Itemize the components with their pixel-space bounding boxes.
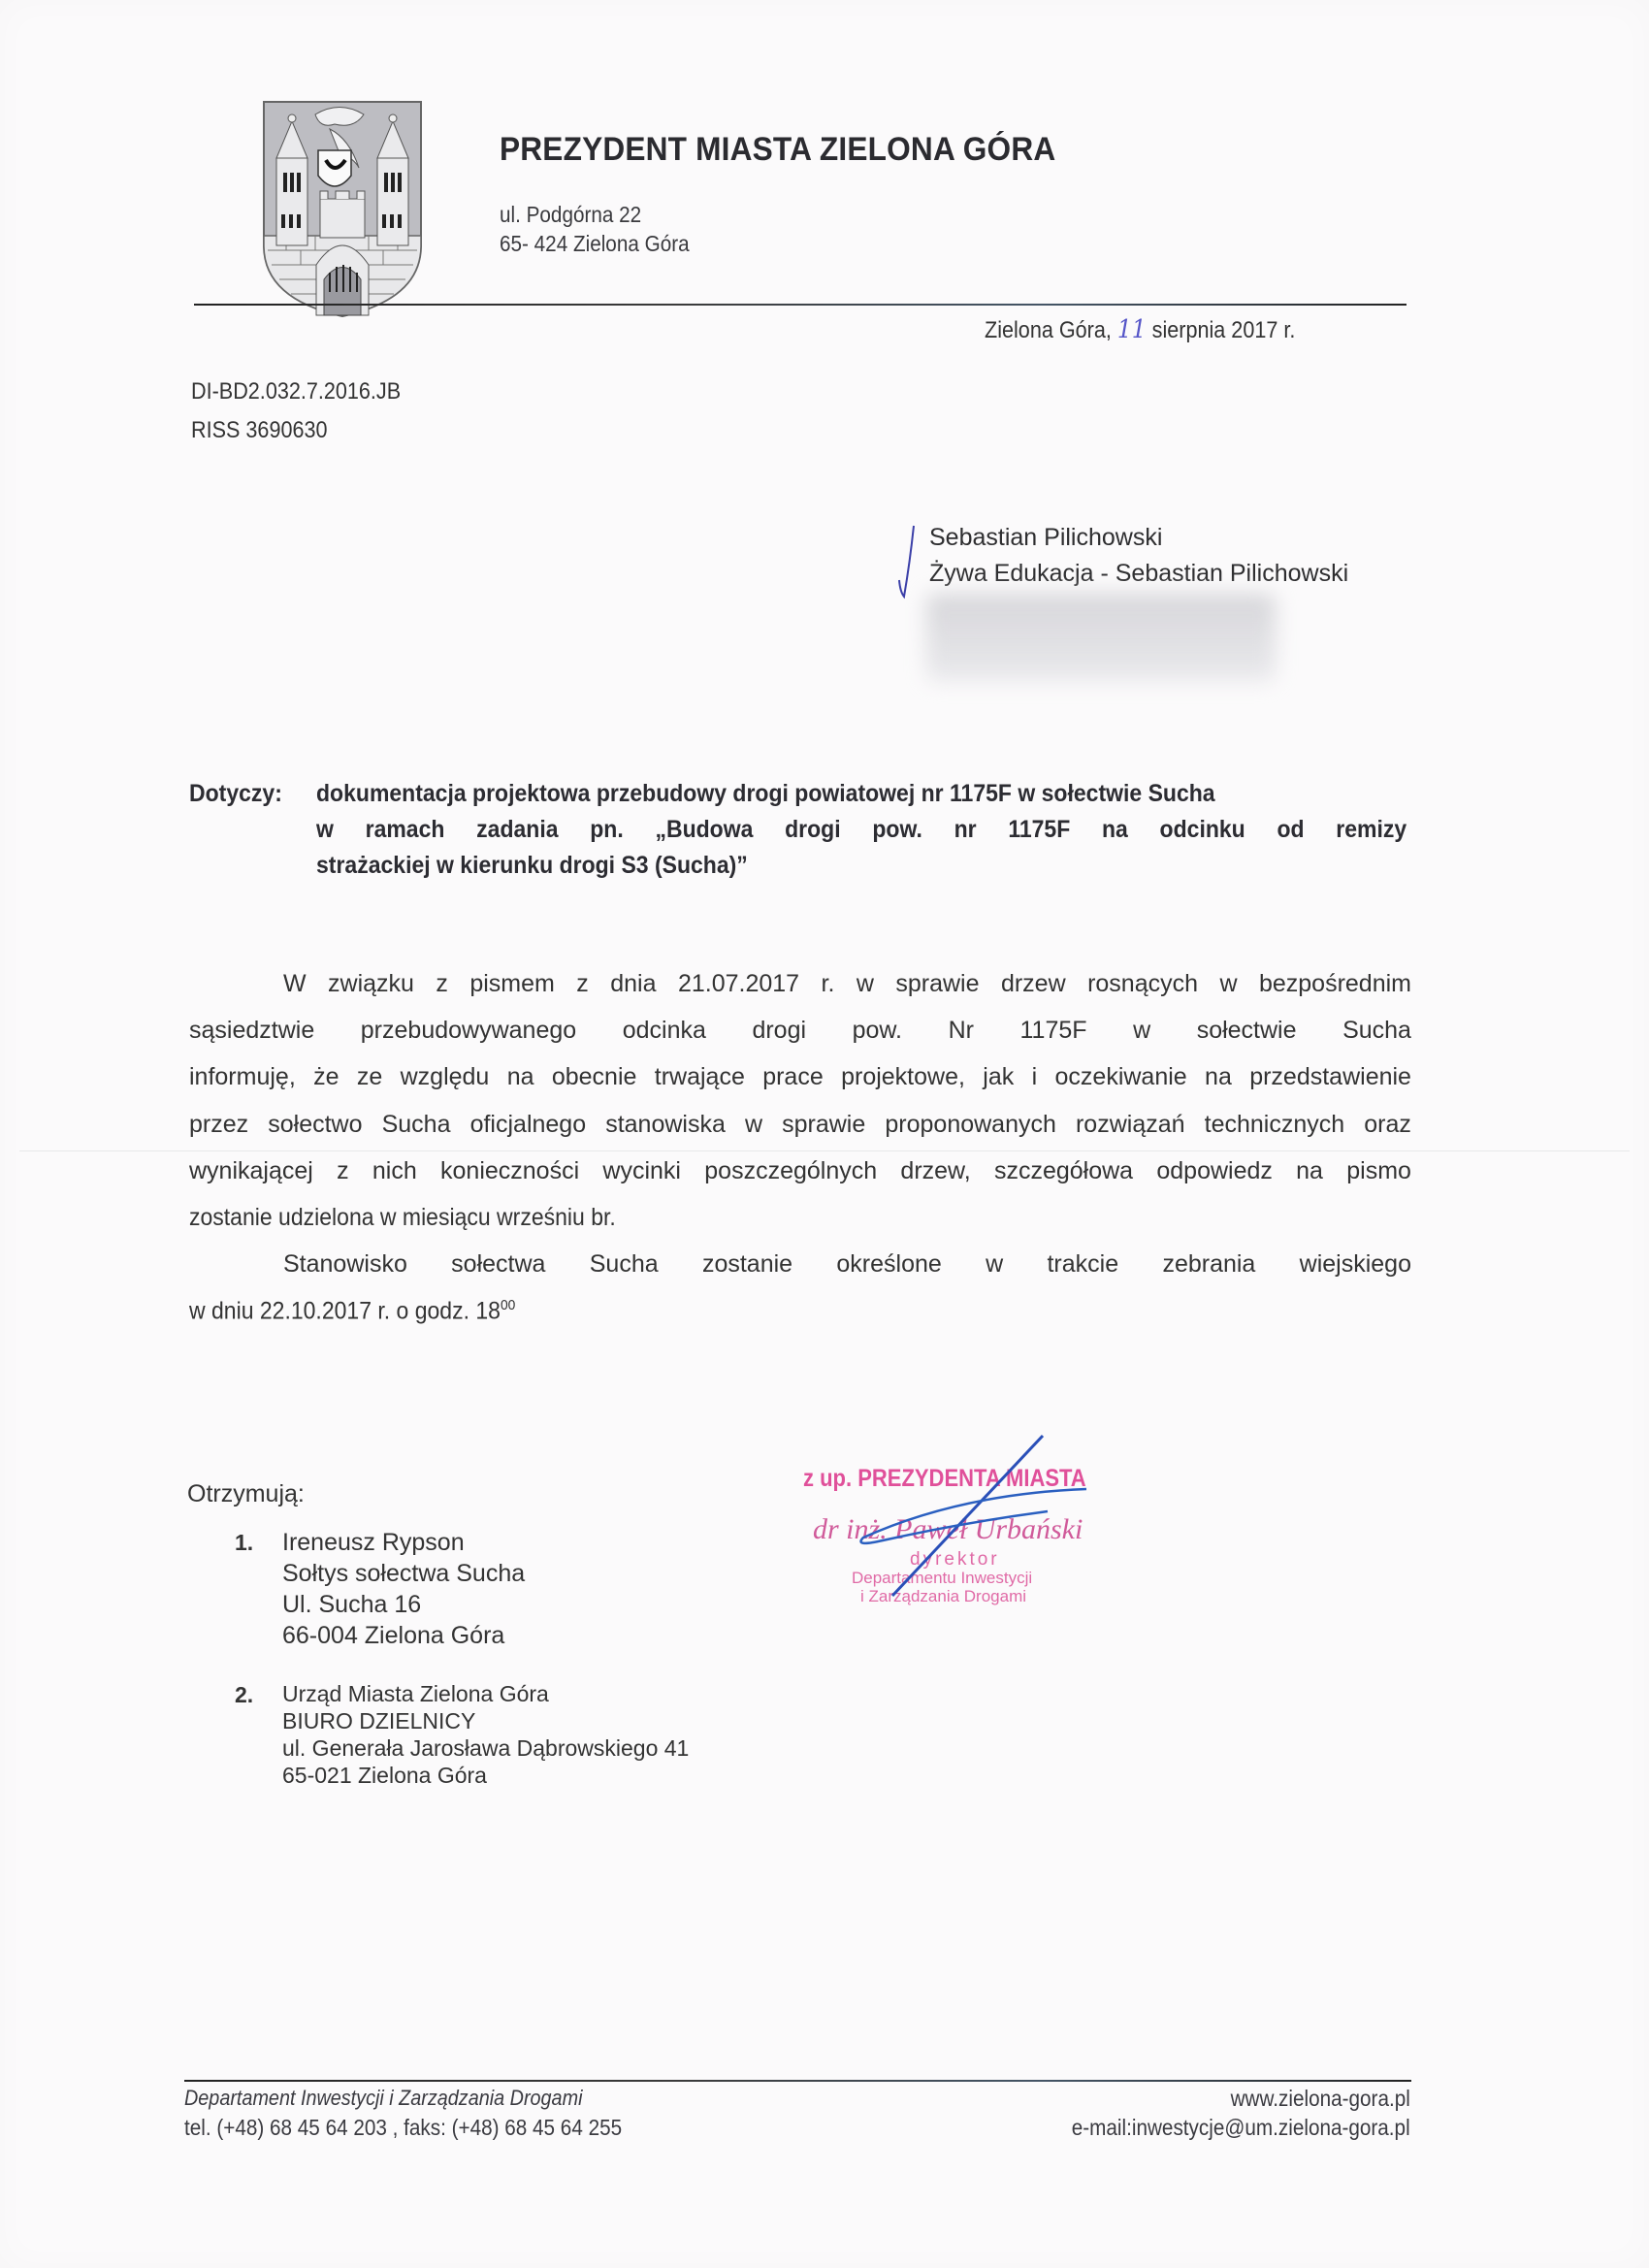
word: względu: [401, 1063, 490, 1091]
word: że: [313, 1063, 339, 1091]
word: trwające: [655, 1063, 745, 1091]
word: projektowe,: [841, 1063, 965, 1091]
word: Sucha: [1342, 1017, 1411, 1045]
word: dnia: [610, 970, 656, 998]
handwritten-check-icon: [890, 524, 920, 601]
word: w: [986, 1250, 1003, 1279]
word: drzew,: [900, 1157, 970, 1185]
word: sołectwo: [268, 1111, 362, 1139]
word: pow.: [853, 1017, 902, 1045]
word: ze: [357, 1063, 382, 1091]
word: odpowiedz: [1156, 1157, 1273, 1185]
header-divider: [194, 304, 1406, 306]
addressee-organization: Żywa Edukacja - Sebastian Pilichowski: [929, 560, 1348, 588]
footer-phone-fax: tel. (+48) 68 45 64 203 , faks: (+48) 68…: [184, 2115, 622, 2141]
recipient-number: 1.: [235, 1530, 253, 1556]
recipient-line: Urząd Miasta Zielona Góra: [282, 1681, 549, 1707]
subject-line-2: wramachzadaniapn.„Budowadrogipow.nr1175F…: [316, 816, 1406, 844]
word: 21.07.2017: [678, 970, 799, 998]
word: odcinku: [1160, 816, 1245, 844]
word: Sucha: [590, 1250, 659, 1279]
recipient-line: BIURO DZIELNICY: [282, 1708, 475, 1734]
letterhead-postal-city: 65- 424 Zielona Góra: [500, 231, 690, 257]
subject-line-3: strażackiej w kierunku drogi S3 (Sucha)”: [316, 852, 748, 880]
subject-line-2-text: wramachzadaniapn.„Budowadrogipow.nr1175F…: [316, 816, 1406, 844]
word: drzew: [1001, 970, 1066, 998]
word: oczekiwanie: [1055, 1063, 1187, 1091]
word: 1175F: [1020, 1017, 1087, 1045]
body-paragraph-1-line: sąsiedztwieprzebudowywanegoodcinkadrogip…: [189, 1017, 1411, 1045]
word: sprawie: [895, 970, 979, 998]
word: sołectwa: [451, 1250, 545, 1279]
footer-website-link[interactable]: www.zielona-gora.pl: [1231, 2086, 1410, 2112]
date-prefix: Zielona Góra,: [985, 317, 1112, 343]
word: oficjalnego: [470, 1111, 587, 1139]
redacted-address: [926, 594, 1276, 681]
recipient-line: 66-004 Zielona Góra: [282, 1622, 504, 1650]
word: przez: [189, 1111, 248, 1139]
coat-of-arms-icon: [262, 100, 423, 318]
word: remizy: [1336, 816, 1406, 844]
word: „Budowa: [655, 816, 753, 844]
letterhead-street: ul. Podgórna 22: [500, 202, 641, 228]
word: ramach: [366, 816, 445, 844]
recipient-line: Ireneusz Rypson: [282, 1529, 465, 1557]
word: zebrania: [1162, 1250, 1255, 1279]
footer-email-link[interactable]: e-mail:inwestycje@um.zielona-gora.pl: [1072, 2115, 1410, 2141]
addressee-name: Sebastian Pilichowski: [929, 524, 1162, 552]
footer-divider: [184, 2080, 1411, 2082]
word: w: [857, 970, 874, 998]
word: Stanowisko: [283, 1250, 407, 1279]
word: wycinki: [602, 1157, 681, 1185]
word: związku: [328, 970, 414, 998]
subject-label: Dotyczy:: [189, 780, 282, 808]
date-suffix: sierpnia 2017 r.: [1152, 317, 1296, 343]
recipient-line: ul. Generała Jarosława Dąbrowskiego 41: [282, 1735, 689, 1762]
recipient-number: 2.: [235, 1682, 253, 1708]
word: w: [1133, 1017, 1150, 1045]
word: prace: [762, 1063, 824, 1091]
date-day-handwritten: 11: [1117, 315, 1147, 344]
word: konieczności: [440, 1157, 579, 1185]
letter-date: Zielona Góra, 11 sierpnia 2017 r.: [985, 315, 1295, 344]
word: sprawie: [782, 1111, 865, 1139]
word: na: [1296, 1157, 1323, 1185]
distribution-label: Otrzymują:: [187, 1480, 305, 1508]
word: Nr: [949, 1017, 974, 1045]
recipient-line: Sołtys sołectwa Sucha: [282, 1560, 525, 1588]
subject-line-1: dokumentacja projektowa przebudowy drogi…: [316, 780, 1215, 808]
body-paragraph-1-line: informuję,żezewzględunaobecnietrwającepr…: [189, 1063, 1411, 1091]
word: stanowiska: [605, 1111, 726, 1139]
word: nr: [954, 816, 977, 844]
word: i: [1032, 1063, 1038, 1091]
riss-number: RISS 3690630: [191, 417, 328, 444]
recipient-line: Ul. Sucha 16: [282, 1591, 421, 1619]
body-paragraph-1-line: zostanie udzielona w miesiącu wrześniu b…: [189, 1204, 616, 1232]
word: nich: [372, 1157, 417, 1185]
word: rozwiązań: [1076, 1111, 1185, 1139]
word: od: [1277, 816, 1304, 844]
word: szczegółowa: [994, 1157, 1133, 1185]
word: na: [1102, 816, 1128, 844]
footer-department: Departament Inwestycji i Zarządzania Dro…: [184, 2086, 582, 2111]
word: pn.: [590, 816, 624, 844]
body-paragraph-1-line: Wzwiązkuzpismemzdnia21.07.2017r.wsprawie…: [283, 970, 1411, 998]
handwritten-signature-icon: [815, 1426, 1164, 1620]
word: technicznych: [1205, 1111, 1345, 1139]
body-paragraph-1-line: przezsołectwoSuchaoficjalnegostanowiskaw…: [189, 1111, 1411, 1139]
word: sąsiedztwie: [189, 1017, 314, 1045]
word: odcinka: [623, 1017, 706, 1045]
word: W: [283, 970, 307, 998]
word: oraz: [1364, 1111, 1411, 1139]
recipient-line: 65-021 Zielona Góra: [282, 1763, 487, 1789]
body-paragraph-2-line: w dniu 22.10.2017 r. o godz. 1800: [189, 1297, 515, 1325]
word: poszczególnych: [704, 1157, 877, 1185]
word: z: [576, 970, 589, 998]
word: bezpośrednim: [1259, 970, 1411, 998]
word: wiejskiego: [1300, 1250, 1411, 1279]
word: drogi: [752, 1017, 806, 1045]
body-paragraph-1-line: wynikającejznichkoniecznościwycinkiposzc…: [189, 1157, 1411, 1185]
case-number: DI-BD2.032.7.2016.JB: [191, 378, 401, 405]
word: r.: [822, 970, 835, 998]
word: sołectwie: [1197, 1017, 1297, 1045]
word: drogi: [785, 816, 841, 844]
time-minutes-superscript: 00: [501, 1297, 515, 1313]
paper-fold-line: [19, 1150, 1630, 1151]
word: 1175F: [1008, 816, 1070, 844]
word: w: [1219, 970, 1237, 998]
word: pismo: [1346, 1157, 1411, 1185]
word: rosnących: [1087, 970, 1198, 998]
word: przedstawienie: [1249, 1063, 1411, 1091]
word: jak: [983, 1063, 1014, 1091]
word: w: [745, 1111, 762, 1139]
word: na: [507, 1063, 534, 1091]
body-paragraph-2-line: StanowiskosołectwaSuchazostanieokreślone…: [283, 1250, 1411, 1279]
word: trakcie: [1047, 1250, 1118, 1279]
word: obecnie: [552, 1063, 637, 1091]
word: zadania: [476, 816, 558, 844]
word: przebudowywanego: [361, 1017, 576, 1045]
word: proponowanych: [885, 1111, 1056, 1139]
word: z: [436, 970, 448, 998]
word: pow.: [872, 816, 922, 844]
word: informuję,: [189, 1063, 296, 1091]
word: wynikającej: [189, 1157, 313, 1185]
word: pismem: [469, 970, 555, 998]
word: Sucha: [382, 1111, 451, 1139]
word: na: [1205, 1063, 1232, 1091]
word: określone: [836, 1250, 941, 1279]
word: z: [337, 1157, 349, 1185]
letterhead-title: PREZYDENT MIASTA ZIELONA GÓRA: [500, 131, 1055, 169]
word: zostanie: [702, 1250, 792, 1279]
word: w: [316, 816, 334, 844]
